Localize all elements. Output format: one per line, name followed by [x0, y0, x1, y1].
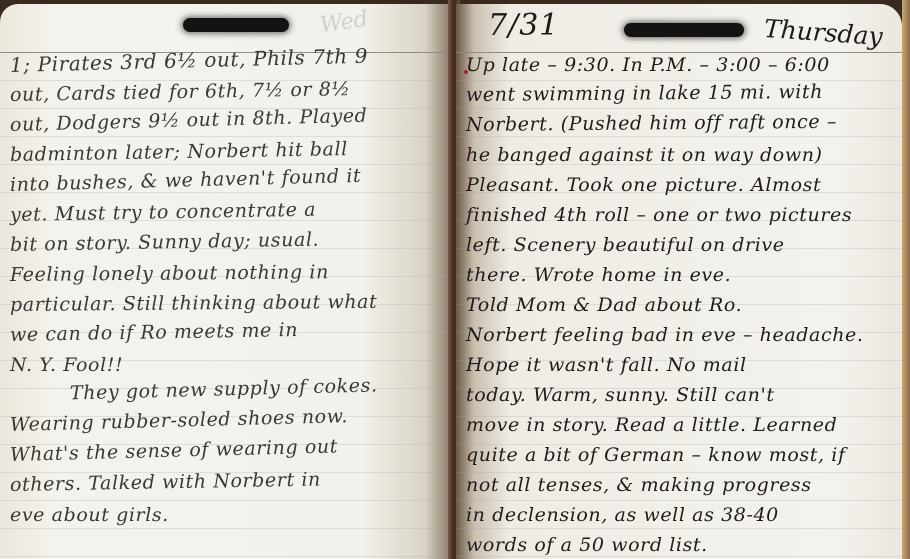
- text-line: Pleasant. Took one picture. Almost: [466, 170, 896, 200]
- entry-weekday: Thursday: [763, 14, 883, 51]
- text-line: he banged against it on way down): [466, 140, 896, 170]
- text-line: eve about girls.: [10, 500, 446, 530]
- redacted-heading: [624, 23, 744, 37]
- text-line: Hope it wasn't fall. No mail: [466, 350, 896, 380]
- text-line: left. Scenery beautiful on drive: [466, 230, 896, 260]
- right-page-text: Up late – 9:30. In P.M. – 3:00 – 6:00 we…: [466, 50, 896, 559]
- right-page: 7/31 Thursday Up late – 9:30. In P.M. – …: [456, 4, 902, 559]
- text-line: others. Talked with Norbert in: [10, 462, 446, 500]
- left-page-text: 1; Pirates 3rd 6½ out, Phils 7th 9 out, …: [10, 50, 446, 530]
- text-line: today. Warm, sunny. Still can't: [466, 380, 896, 410]
- text-line: bit on story. Sunny day; usual.: [10, 222, 446, 260]
- text-line: there. Wrote home in eve.: [466, 260, 896, 290]
- open-diary: Wed 1; Pirates 3rd 6½ out, Phils 7th 9 o…: [0, 0, 910, 559]
- entry-date: 7/31: [488, 8, 559, 43]
- text-line: move in story. Read a little. Learned: [466, 410, 896, 440]
- text-line: Told Mom & Dad about Ro.: [466, 290, 896, 320]
- text-line: quite a bit of German – know most, if: [466, 440, 896, 470]
- text-line: words of a 50 word list.: [466, 530, 896, 559]
- text-line: went swimming in lake 15 mi. with: [466, 76, 896, 110]
- left-page: Wed 1; Pirates 3rd 6½ out, Phils 7th 9 o…: [0, 4, 452, 559]
- text-line: we can do if Ro meets me in: [10, 312, 446, 350]
- text-line: finished 4th roll – one or two pictures: [466, 200, 896, 230]
- bleed-through-text: Wed: [318, 7, 369, 38]
- text-line: Norbert. (Pushed him off raft once –: [466, 106, 896, 140]
- text-line: Up late – 9:30. In P.M. – 3:00 – 6:00: [466, 50, 896, 80]
- page-edge: [902, 0, 910, 559]
- text-line: in declension, as well as 38-40: [466, 500, 896, 530]
- redacted-heading: [183, 18, 289, 32]
- text-line: not all tenses, & making progress: [466, 470, 896, 500]
- text-line: Norbert feeling bad in eve – headache.: [466, 320, 896, 350]
- text-line: Feeling lonely about nothing in: [10, 256, 446, 290]
